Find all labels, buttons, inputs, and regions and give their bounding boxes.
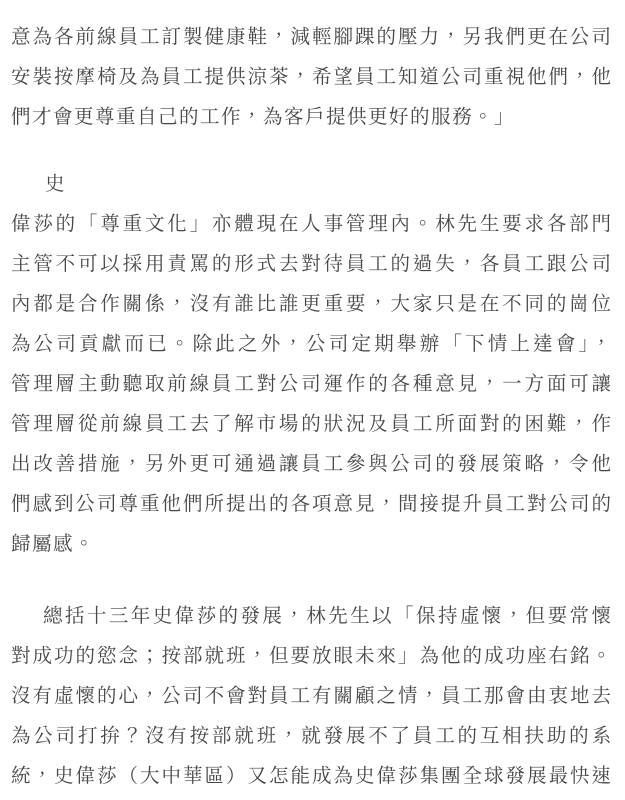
- text-line: 總括十三年史偉莎的發展，林先生以「保持虛懷，但要常懷: [11, 597, 611, 637]
- text-line: 出改善措施，另外更可通過讓員工參與公司的發展策略，令他: [11, 445, 611, 485]
- text-line: 統，史偉莎（大中華區）又怎能成為史偉莎集團全球發展最快速: [11, 757, 611, 797]
- text-block: 意為各前線員工訂製健康鞋，減輕腳踝的壓力，另我們更在公司 安裝按摩椅及為員工提供…: [11, 18, 611, 797]
- paragraph: 總括十三年史偉莎的發展，林先生以「保持虛懷，但要常懷 對成功的慾念；按部就班，但…: [11, 597, 611, 797]
- text-line: 意為各前線員工訂製健康鞋，減輕腳踝的壓力，另我們更在公司: [11, 18, 611, 58]
- text-line: 對成功的慾念；按部就班，但要放眼未來」為他的成功座右銘。: [11, 637, 611, 677]
- text-line: 沒有虛懷的心，公司不會對員工有關顧之情，員工那會由衷地去: [11, 677, 611, 717]
- text-line: 們感到公司尊重他們所提出的各項意見，間接提升員工對公司的: [11, 485, 611, 525]
- text-line: 管理層從前線員工去了解市場的狀況及員工所面對的困難，作: [11, 405, 611, 445]
- text-line: 主管不可以採用責罵的形式去對待員工的過失，各員工跟公司: [11, 245, 611, 285]
- paragraph: 意為各前線員工訂製健康鞋，減輕腳踝的壓力，另我們更在公司 安裝按摩椅及為員工提供…: [11, 18, 611, 138]
- text-line: 管理層主動聽取前線員工對公司運作的各種意見，一方面可讓: [11, 365, 611, 405]
- text-line: 們才會更尊重自己的工作，為客戶提供更好的服務。」: [11, 98, 611, 138]
- paragraph: 史 偉莎的「尊重文化」亦體現在人事管理內。林先生要求各部門 主管不可以採用責罵的…: [11, 165, 611, 565]
- text-line: 為公司打拚？沒有按部就班，就發展不了員工的互相扶助的系: [11, 717, 611, 757]
- text-line: 安裝按摩椅及為員工提供涼茶，希望員工知道公司重視他們，他: [11, 58, 611, 98]
- text-line: 史: [11, 165, 611, 205]
- document-page: 意為各前線員工訂製健康鞋，減輕腳踝的壓力，另我們更在公司 安裝按摩椅及為員工提供…: [0, 0, 625, 800]
- text-line: 為公司貢獻而已。除此之外，公司定期舉辦「下情上達會」，: [11, 325, 611, 365]
- text-line: 內都是合作關係，沒有誰比誰更重要，大家只是在不同的崗位: [11, 285, 611, 325]
- text-line: 歸屬感。: [11, 525, 611, 565]
- text-line: 偉莎的「尊重文化」亦體現在人事管理內。林先生要求各部門: [11, 205, 611, 245]
